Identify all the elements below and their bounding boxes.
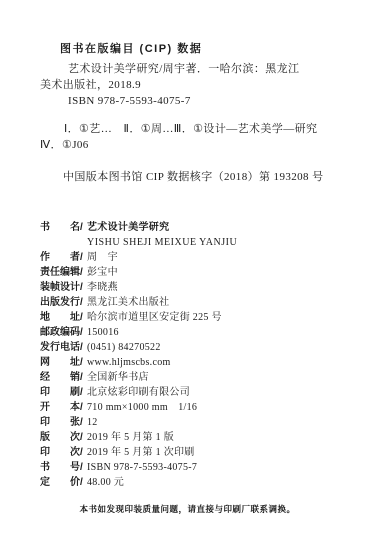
colophon-row: YISHU SHEJI MEIXUE YANJIU bbox=[40, 235, 350, 250]
colophon-row: 作者/周 宇 bbox=[40, 250, 350, 265]
field-label: 书名 bbox=[40, 220, 80, 235]
cip-description: 艺术设计美学研究/周宇著．一哈尔滨：黑龙江 美术出版社，2018.9 ISBN … bbox=[40, 61, 350, 109]
colophon-row: 书名/艺术设计美学研究 bbox=[40, 220, 350, 235]
field-value: 哈尔滨市道里区安定街 225 号 bbox=[87, 312, 222, 323]
field-value: 彭宝中 bbox=[87, 267, 118, 278]
colophon-table: 书名/艺术设计美学研究 YISHU SHEJI MEIXUE YANJIU 作者… bbox=[40, 220, 350, 490]
separator: / bbox=[80, 340, 87, 355]
field-label: 地址 bbox=[40, 310, 80, 325]
colophon-row: 经销/全国新华书店 bbox=[40, 370, 350, 385]
field-value: 2019 年 5 月第 1 版 bbox=[87, 432, 174, 443]
field-value: www.hljmscbs.com bbox=[87, 357, 171, 368]
field-value: 北京炫彩印刷有限公司 bbox=[87, 387, 190, 398]
separator: / bbox=[80, 385, 87, 400]
field-label: 印张 bbox=[40, 415, 80, 430]
field-value: 全国新华书店 bbox=[87, 372, 149, 383]
colophon-row: 印刷/北京炫彩印刷有限公司 bbox=[40, 385, 350, 400]
field-value: 周 宇 bbox=[87, 252, 118, 263]
separator: / bbox=[80, 325, 87, 340]
field-label: 版次 bbox=[40, 430, 80, 445]
field-value: 黑龙江美术出版社 bbox=[87, 297, 169, 308]
colophon-row: 开本/710 mm×1000 mm 1/16 bbox=[40, 400, 350, 415]
colophon-row: 书号/ISBN 978-7-5593-4075-7 bbox=[40, 460, 350, 475]
separator: / bbox=[80, 415, 87, 430]
cip-classification: Ⅰ．①艺… Ⅱ．①周…Ⅲ．①设计—艺术美学—研究 Ⅳ．①J06 bbox=[40, 121, 350, 153]
separator: / bbox=[80, 310, 87, 325]
cip-description-line: ISBN 978-7-5593-4075-7 bbox=[40, 93, 350, 109]
field-label: 网址 bbox=[40, 355, 80, 370]
colophon-row: 印张/12 bbox=[40, 415, 350, 430]
book-copyright-page: 图书在版编目 (CIP) 数据 艺术设计美学研究/周宇著．一哈尔滨：黑龙江 美术… bbox=[0, 0, 375, 560]
field-label: 作者 bbox=[40, 250, 80, 265]
separator: / bbox=[80, 250, 87, 265]
field-value: 150016 bbox=[87, 327, 119, 338]
field-label: 印刷 bbox=[40, 385, 80, 400]
field-label: 出版发行 bbox=[40, 295, 80, 310]
separator: / bbox=[80, 400, 87, 415]
field-value: (0451) 84270522 bbox=[87, 342, 161, 353]
field-value: 48.00 元 bbox=[87, 477, 124, 488]
cip-description-line: 美术出版社，2018.9 bbox=[40, 77, 350, 93]
cip-classification-line: Ⅳ．①J06 bbox=[40, 137, 350, 153]
field-value: YISHU SHEJI MEIXUE YANJIU bbox=[87, 237, 237, 248]
field-label: 邮政编码 bbox=[40, 325, 80, 340]
separator: / bbox=[80, 295, 87, 310]
cip-classification-line: Ⅰ．①艺… Ⅱ．①周…Ⅲ．①设计—艺术美学—研究 bbox=[40, 121, 350, 137]
field-label: 经销 bbox=[40, 370, 80, 385]
separator: / bbox=[80, 430, 87, 445]
colophon-row: 网址/www.hljmscbs.com bbox=[40, 355, 350, 370]
field-value: 2019 年 5 月第 1 次印刷 bbox=[87, 447, 195, 458]
field-label: 责任编辑 bbox=[40, 265, 80, 280]
colophon-row: 地址/哈尔滨市道里区安定街 225 号 bbox=[40, 310, 350, 325]
separator: / bbox=[80, 280, 87, 295]
field-label: 开本 bbox=[40, 400, 80, 415]
field-value: ISBN 978-7-5593-4075-7 bbox=[87, 462, 197, 473]
colophon-row: 责任编辑/彭宝中 bbox=[40, 265, 350, 280]
colophon-row: 邮政编码/150016 bbox=[40, 325, 350, 340]
separator: / bbox=[80, 370, 87, 385]
field-label: 装帧设计 bbox=[40, 280, 80, 295]
separator: / bbox=[80, 445, 87, 460]
colophon-row: 版次/2019 年 5 月第 1 版 bbox=[40, 430, 350, 445]
cip-header: 图书在版编目 (CIP) 数据 bbox=[60, 40, 202, 56]
field-label: 印次 bbox=[40, 445, 80, 460]
separator: / bbox=[80, 460, 87, 475]
separator: / bbox=[80, 475, 87, 490]
field-value: 710 mm×1000 mm 1/16 bbox=[87, 402, 197, 413]
colophon-row: 装帧设计/李晓燕 bbox=[40, 280, 350, 295]
cip-description-line: 艺术设计美学研究/周宇著．一哈尔滨：黑龙江 bbox=[40, 61, 350, 77]
field-label: 发行电话 bbox=[40, 340, 80, 355]
separator: / bbox=[80, 265, 87, 280]
colophon-row: 定价/48.00 元 bbox=[40, 475, 350, 490]
field-value: 艺术设计美学研究 bbox=[87, 222, 169, 233]
colophon-row: 出版发行/黑龙江美术出版社 bbox=[40, 295, 350, 310]
field-label: 定价 bbox=[40, 475, 80, 490]
field-label: 书号 bbox=[40, 460, 80, 475]
separator: / bbox=[80, 355, 87, 370]
field-value: 李晓燕 bbox=[87, 282, 118, 293]
footer-note: 本书如发现印装质量问题，请直接与印刷厂联系调换。 bbox=[0, 503, 375, 515]
cip-record-number: 中国版本图书馆 CIP 数据核字（2018）第 193208 号 bbox=[63, 168, 324, 184]
separator: / bbox=[80, 220, 87, 235]
colophon-row: 发行电话/(0451) 84270522 bbox=[40, 340, 350, 355]
colophon-row: 印次/2019 年 5 月第 1 次印刷 bbox=[40, 445, 350, 460]
field-value: 12 bbox=[87, 417, 98, 428]
